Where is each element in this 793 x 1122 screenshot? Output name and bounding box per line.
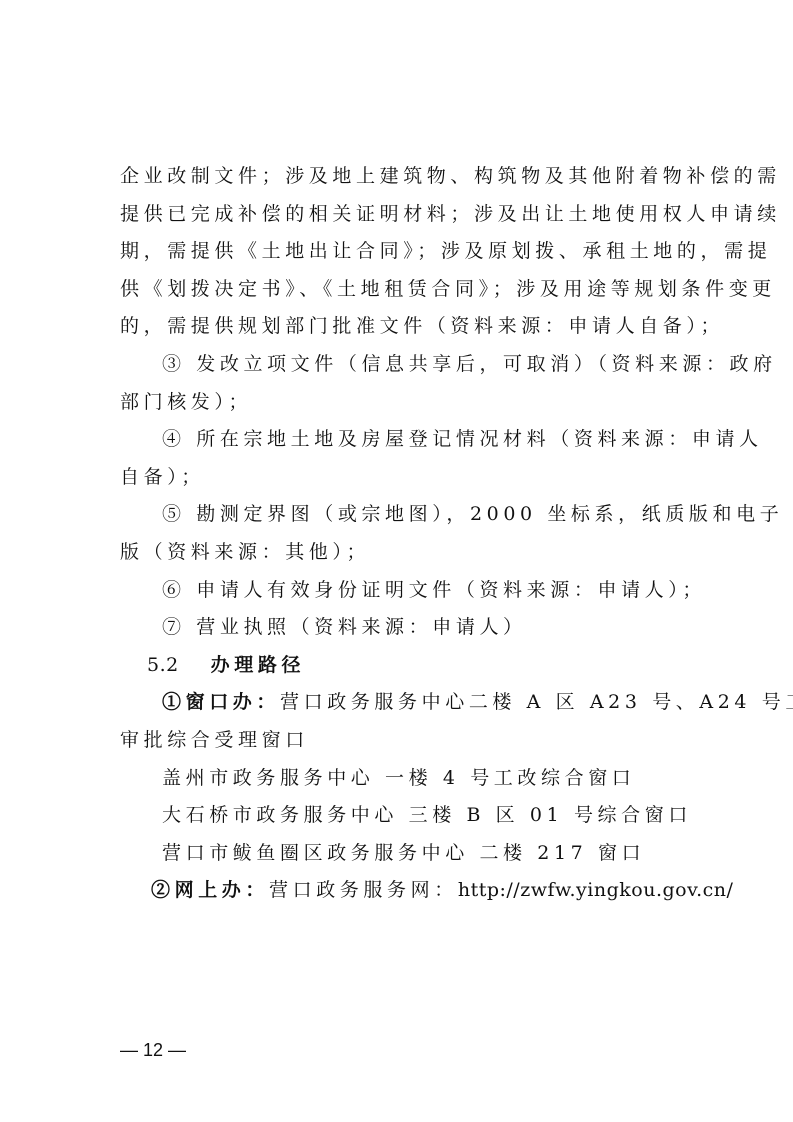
route-window-continued: 审批综合受理窗口 (120, 722, 676, 760)
text-line: 期，需提供《土地出让合同》；涉及原划拨、承租土地的，需提 (120, 233, 676, 271)
text-line: 供《划拨决定书》、《土地租赁合同》；涉及用途等规划条件变更 (120, 271, 676, 309)
text-line: 部门核发）； (120, 384, 676, 422)
route-branch: 大石桥市政务服务中心 三楼 B 区 01 号综合窗口 (120, 797, 676, 835)
list-item-4: ④ 所在宗地土地及房屋登记情况材料（资料来源：申请人 (120, 421, 676, 459)
route-window-label: ①窗口办： (162, 691, 280, 713)
route-window-text: 营口政务服务中心二楼 A 区 A23 号、A24 号工程 (280, 691, 793, 713)
list-item-3: ③ 发改立项文件（信息共享后，可取消）（资料来源：政府 (120, 346, 676, 384)
page-number: — 12 — (120, 1040, 186, 1061)
text-line: 的，需提供规划部门批准文件（资料来源：申请人自备）； (120, 308, 676, 346)
text-line: 提供已完成补偿的相关证明材料；涉及出让土地使用权人申请续 (120, 196, 676, 234)
text-line: 自备）； (120, 459, 676, 497)
section-title: 办理路径 (211, 654, 305, 676)
text-line: 企业改制文件；涉及地上建筑物、构筑物及其他附着物补偿的需 (120, 158, 676, 196)
document-page: 企业改制文件；涉及地上建筑物、构筑物及其他附着物补偿的需 提供已完成补偿的相关证… (0, 0, 793, 1122)
route-online-text: 营口政务服务网： (269, 879, 458, 901)
section-number: 5.2 (147, 654, 179, 676)
document-body: 企业改制文件；涉及地上建筑物、构筑物及其他附着物补偿的需 提供已完成补偿的相关证… (120, 158, 676, 910)
list-item-6: ⑥ 申请人有效身份证明文件（资料来源：申请人）； (120, 572, 676, 610)
route-window: ①窗口办：营口政务服务中心二楼 A 区 A23 号、A24 号工程 (120, 684, 676, 722)
route-branch: 营口市鲅鱼圈区政务服务中心 二楼 217 窗口 (120, 835, 676, 873)
route-branch: 盖州市政务服务中心 一楼 4 号工改综合窗口 (120, 760, 676, 798)
text-line: 版（资料来源：其他）； (120, 534, 676, 572)
list-item-5: ⑤ 勘测定界图（或宗地图），2000 坐标系，纸质版和电子 (120, 496, 676, 534)
route-online: ②网上办：营口政务服务网：http://zwfw.yingkou.gov.cn/ (120, 872, 676, 910)
section-heading: 5.2 办理路径 (120, 647, 676, 685)
route-online-label: ②网上办： (151, 879, 269, 901)
route-online-url[interactable]: http://zwfw.yingkou.gov.cn/ (458, 879, 734, 901)
list-item-7: ⑦ 营业执照（资料来源：申请人） (120, 609, 676, 647)
